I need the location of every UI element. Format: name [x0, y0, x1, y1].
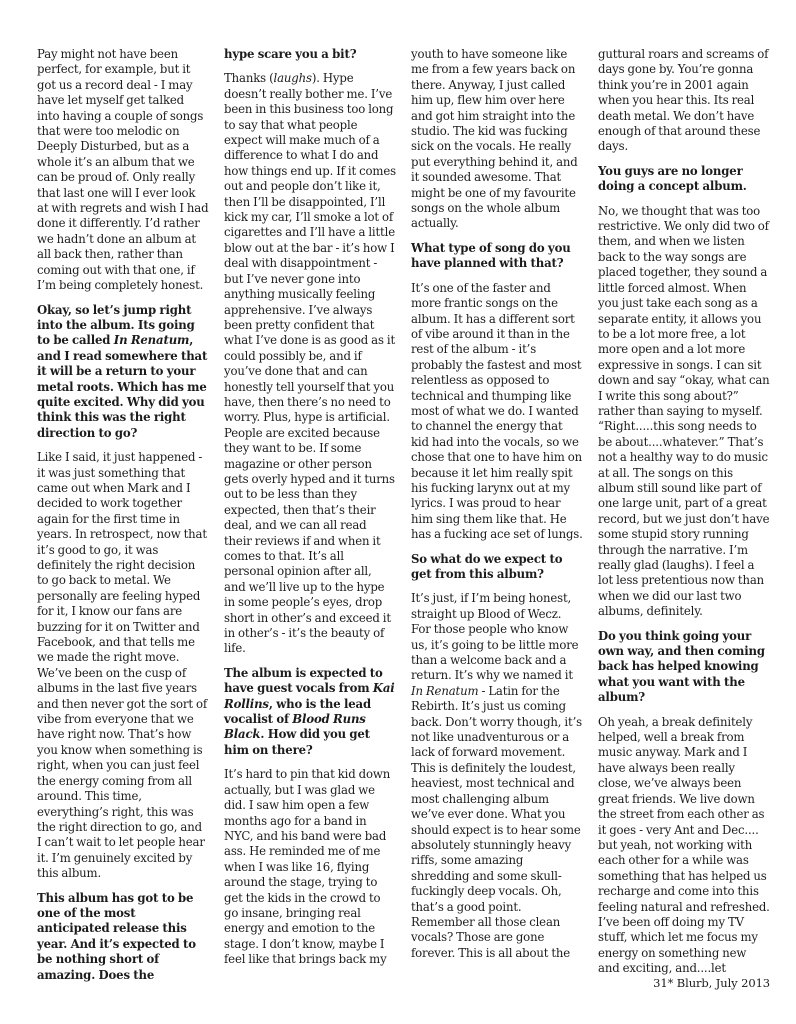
interview-question: You guys are no longer doing a concept a… — [598, 164, 770, 195]
interview-answer: youth to have someone like me from a few… — [411, 47, 583, 232]
column-4: guttural roars and screams of days gone … — [598, 47, 770, 992]
column-3: youth to have someone like me from a few… — [411, 47, 583, 992]
interview-question: Okay, so let’s jump right into the album… — [37, 303, 209, 442]
column-layout: Pay might not have been perfect, for exa… — [37, 47, 770, 992]
interview-answer: Thanks (laughs). Hype doesn’t really bot… — [224, 71, 396, 656]
interview-answer: It’s just, if I’m being honest, straight… — [411, 591, 583, 961]
interview-question: The album is expected to have guest voca… — [224, 666, 396, 758]
interview-answer: It’s one of the faster and more frantic … — [411, 281, 583, 543]
interview-answer: Like I said, it just happened - it was j… — [37, 450, 209, 881]
interview-question: What type of song do you have planned wi… — [411, 241, 583, 272]
interview-question: hype scare you a bit? — [224, 47, 396, 62]
interview-answer: No, we thought that was too restrictive.… — [598, 204, 770, 620]
column-1: Pay might not have been perfect, for exa… — [37, 47, 209, 992]
interview-answer: guttural roars and screams of days gone … — [598, 47, 770, 155]
column-2: hype scare you a bit? Thanks (laughs). H… — [224, 47, 396, 992]
interview-question: This album has got to be one of the most… — [37, 891, 209, 983]
page-footer-credit: 31* Blurb, July 2013 — [653, 976, 770, 990]
interview-answer: It’s hard to pin that kid down actually,… — [224, 767, 396, 967]
interview-answer: Oh yeah, a break definitely helped, well… — [598, 715, 770, 977]
interview-question: So what do we expect to get from this al… — [411, 552, 583, 583]
interview-answer: Pay might not have been perfect, for exa… — [37, 47, 209, 294]
magazine-page: Pay might not have been perfect, for exa… — [0, 0, 796, 1024]
interview-question: Do you think going your own way, and the… — [598, 629, 770, 706]
